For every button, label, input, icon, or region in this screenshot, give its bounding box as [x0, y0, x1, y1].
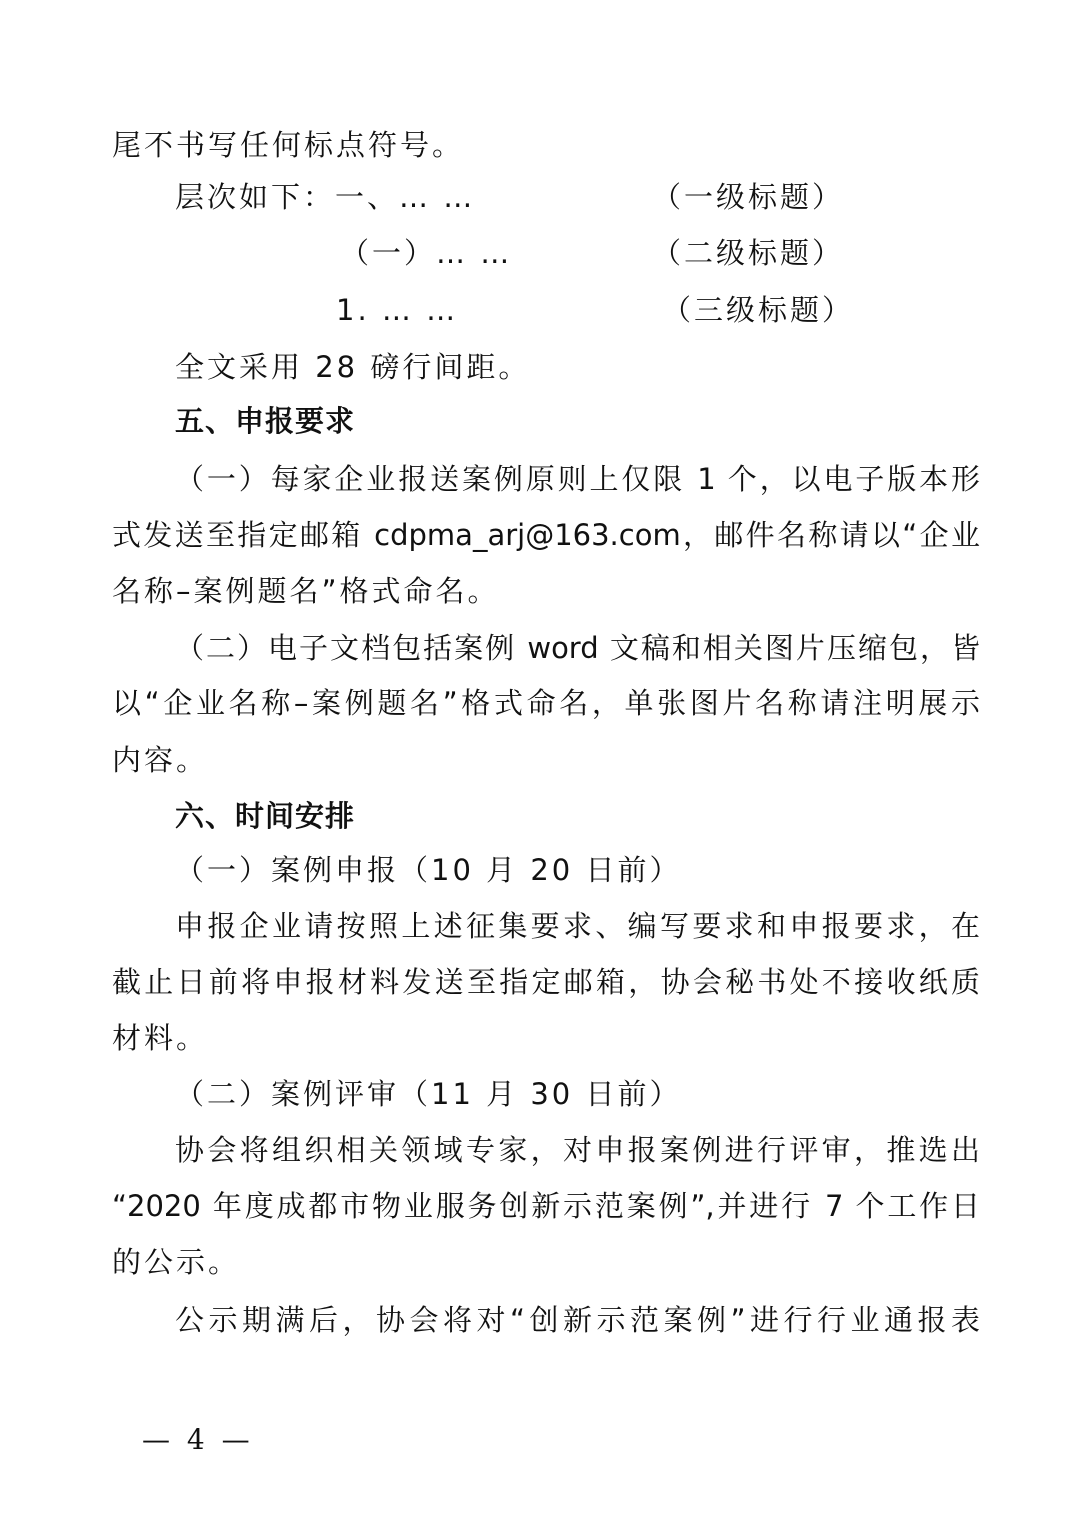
- paragraph-line: 截止日前将申报材料发送至指定邮箱，协会秘书处不接收纸质: [112, 962, 980, 1002]
- hierarchy-level-1-example: 层次如下：一、… …: [175, 177, 475, 217]
- paragraph-line: （二）电子文档包括案例 word 文稿和相关图片压缩包，皆: [175, 628, 980, 668]
- paragraph-line: 材料。: [112, 1018, 208, 1058]
- subheading-case-submission: （一）案例申报（10 月 20 日前）: [175, 850, 681, 890]
- paragraph-line: 名称–案例题名”格式命名。: [112, 571, 500, 611]
- hierarchy-level-2-label: （二级标题）: [652, 233, 844, 273]
- subheading-case-review: （二）案例评审（11 月 30 日前）: [175, 1074, 681, 1114]
- paragraph-line: （一）每家企业报送案例原则上仅限 1 个，以电子版本形: [175, 459, 980, 499]
- line-spacing-note: 全文采用 28 磅行间距。: [175, 347, 530, 387]
- hierarchy-level-2-example: （一）… …: [340, 233, 512, 273]
- hierarchy-level-1-label: （一级标题）: [652, 177, 844, 217]
- section-heading-submission-requirements: 五、申报要求: [175, 401, 355, 441]
- paragraph-line: 协会将组织相关领域专家，对申报案例进行评审，推选出: [175, 1130, 980, 1170]
- paragraph-line: “2020 年度成都市物业服务创新示范案例”,并进行 7 个工作日: [112, 1186, 980, 1226]
- hierarchy-level-3-label: （三级标题）: [662, 290, 854, 330]
- paragraph-line: 内容。: [112, 740, 208, 780]
- body-text-line: 尾不书写任何标点符号。: [112, 125, 464, 165]
- section-heading-schedule: 六、时间安排: [175, 796, 355, 836]
- paragraph-line: 式发送至指定邮箱 cdpma_arj@163.com，邮件名称请以“企业: [112, 515, 980, 555]
- paragraph-line: 申报企业请按照上述征集要求、编写要求和申报要求，在: [175, 906, 980, 946]
- paragraph-line: 的公示。: [112, 1242, 240, 1282]
- hierarchy-level-3-example: 1. … …: [336, 290, 458, 330]
- paragraph-line: 公示期满后，协会将对“创新示范案例”进行行业通报表: [175, 1300, 980, 1340]
- page-number: — 4 —: [142, 1420, 254, 1460]
- paragraph-line: 以“企业名称–案例题名”格式命名，单张图片名称请注明展示: [112, 683, 980, 723]
